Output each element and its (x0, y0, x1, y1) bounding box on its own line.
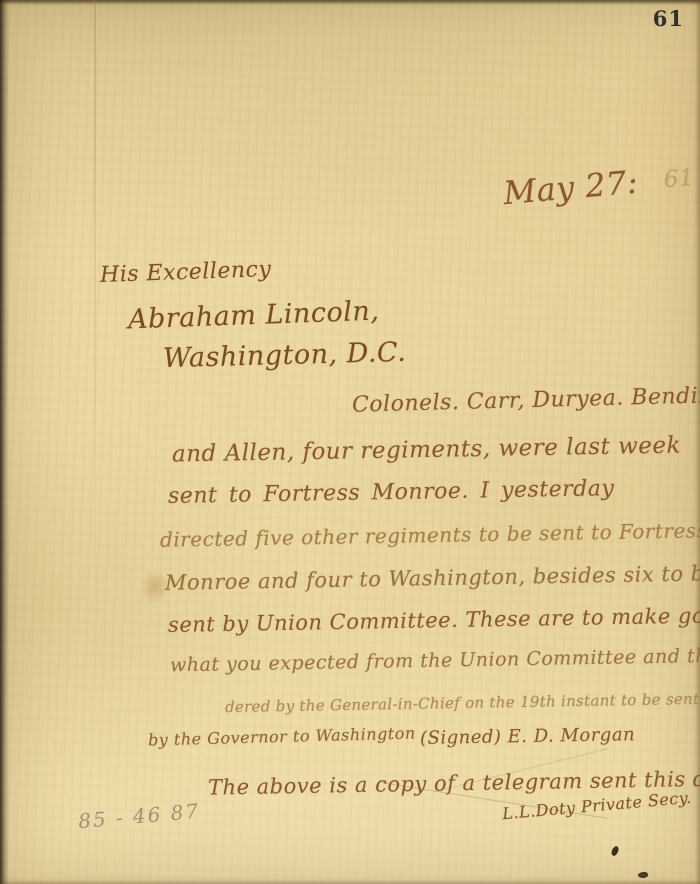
body-line: Monroe and four to Washington, besides s… (165, 561, 700, 595)
archival-pencil-notation: 85 - 46 87 (77, 799, 201, 834)
page-edge-left-shadow (0, 0, 9, 884)
recipient-honorific: His Excellency (100, 257, 272, 288)
body-line: directed five other regiments to be sent… (160, 518, 700, 552)
date-main: May 27: (502, 163, 640, 213)
page-edge-bottom-shadow (0, 880, 700, 884)
recipient-name: Abraham Lincoln, (128, 296, 380, 336)
paper-crease-vertical (94, 0, 96, 600)
date-year: 61 (663, 165, 695, 194)
date-line: May 27:61 (502, 158, 696, 213)
ink-speck (638, 871, 649, 878)
body-line: what you expected from the Union Committ… (170, 644, 700, 677)
body-line: Colonels. Carr, Duryea. Bendix (352, 383, 700, 417)
ink-speck (611, 845, 620, 856)
page-edge-top-shadow (0, 0, 700, 5)
body-line: dered by the General-in-Chief on the 19t… (225, 690, 700, 716)
body-line: sent by Union Committee. These are to ma… (168, 603, 700, 637)
letter-page: 61 May 27:61 His Excellency Abraham Linc… (0, 0, 700, 884)
body-line: sent to Fortress Monroe. I yesterday (168, 476, 615, 509)
body-line: and Allen, four regiments, were last wee… (172, 433, 681, 468)
signature-signed-morgan: (Signed) E. D. Morgan (420, 724, 636, 749)
page-edge-right-shadow (695, 0, 700, 884)
recipient-city: Washington, D.C. (163, 337, 407, 374)
page-number: 61 (653, 6, 684, 31)
body-line-closing: by the Governor to Washington (148, 723, 416, 749)
